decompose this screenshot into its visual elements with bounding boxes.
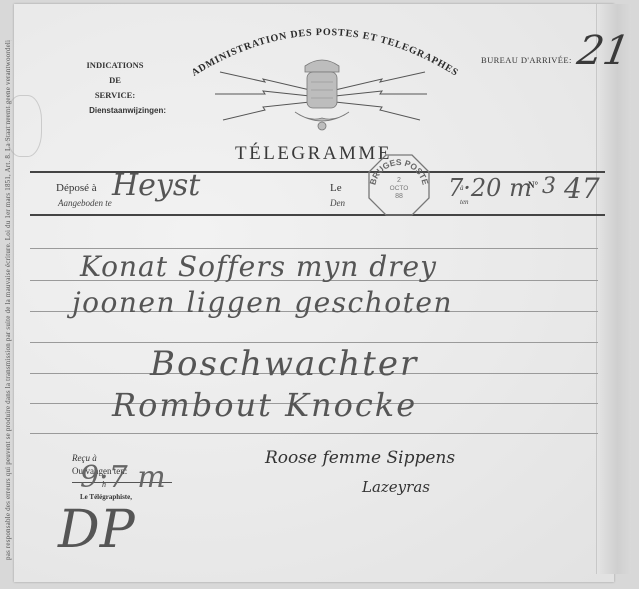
faded-side-stamp — [6, 95, 42, 157]
message-line: Konat Soffers myn drey — [80, 250, 437, 283]
indications-line: Dienstaanwijzingen: — [60, 103, 170, 118]
message-line: Rombout Knocke — [112, 386, 417, 424]
indications-line: INDICATIONS — [60, 58, 170, 73]
signature-line: Roose femme Sippens — [265, 448, 455, 468]
message-rule — [30, 433, 598, 434]
message-rule — [30, 248, 598, 249]
message-line: Boschwachter — [150, 344, 418, 384]
indications-line: SERVICE: — [60, 88, 170, 103]
received-time-value: 9·7 m — [80, 460, 166, 495]
den-label: Den — [330, 198, 345, 208]
postmark-day: 2 — [397, 177, 401, 184]
depose-value: Heyst — [112, 168, 200, 203]
telegraphist-initials: DP — [58, 500, 135, 560]
paper-fold-edge — [596, 4, 631, 574]
origin-row-bottom-rule — [30, 214, 605, 216]
bureau-arrivee-number: 21 — [574, 28, 633, 74]
coat-of-arms-emblem-icon — [215, 52, 430, 137]
postmark-year: 88 — [395, 193, 403, 200]
signature-line: Lazeyras — [362, 478, 430, 496]
postmark-month: OCTO — [390, 185, 409, 192]
depose-label: Déposé à — [56, 182, 97, 194]
bureau-arrivee-label: BUREAU D'ARRIVÉE: — [481, 55, 572, 65]
message-rule — [30, 342, 598, 343]
service-indications: INDICATIONS DE SERVICE: Dienstaanwijzing… — [60, 58, 170, 118]
indications-line: DE — [60, 73, 170, 88]
le-label: Le — [330, 182, 342, 194]
bruges-postmark: BRUGES POSTE 2 OCTO 88 — [366, 152, 432, 218]
number-label: N° — [528, 180, 538, 190]
message-line: joonen liggen geschoten — [72, 286, 453, 319]
date-time-value: 7·20 m — [448, 174, 532, 202]
number-value: 3 — [542, 174, 556, 199]
word-count-value: 47 — [564, 172, 600, 205]
aangeboden-label: Aangeboden te — [58, 198, 112, 208]
